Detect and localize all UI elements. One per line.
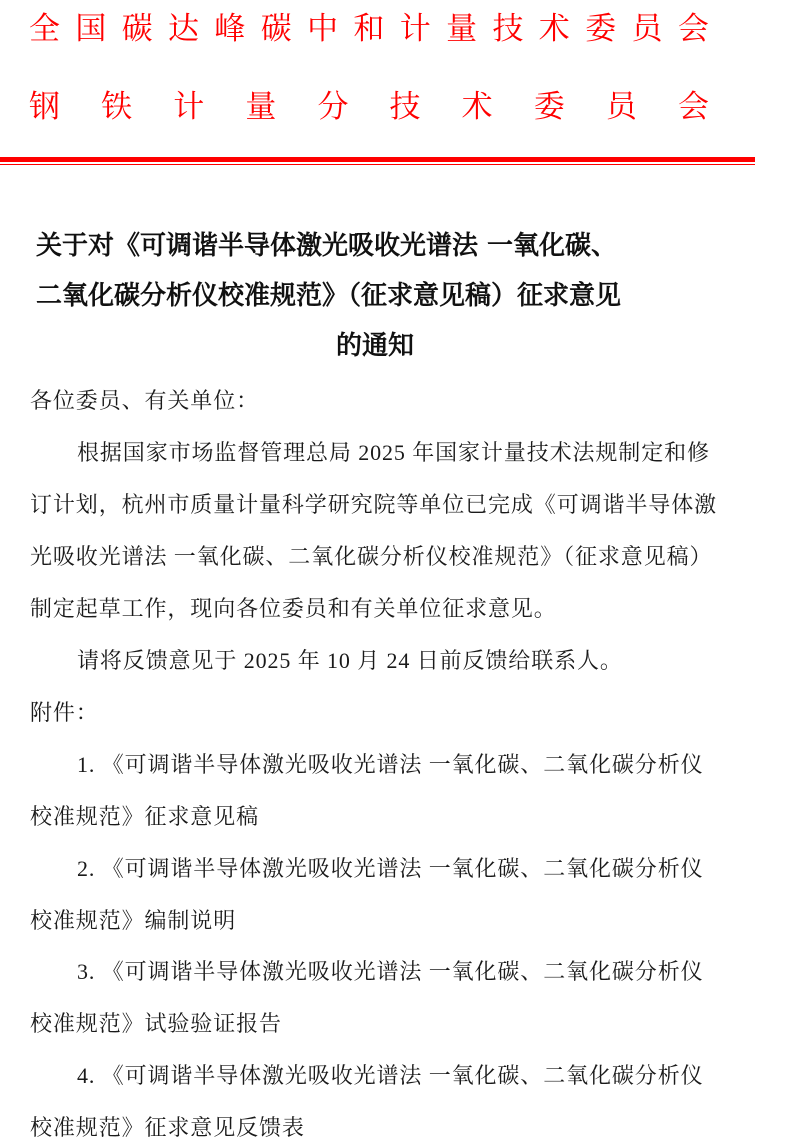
letterhead-char: 技: [390, 89, 421, 125]
attachment-4-line1: 4. 《可调谐半导体激光吸收光谱法 一氧化碳、二氧化碳分析仪: [77, 1062, 704, 1090]
attachment-3-line2: 校准规范》试验验证报告: [30, 1010, 282, 1038]
letterhead-char: 会: [678, 89, 709, 125]
letterhead-char: 量: [446, 11, 477, 47]
letterhead-char: 计: [173, 89, 204, 125]
letterhead-char: 量: [245, 89, 276, 125]
letterhead-divider-thick: [0, 157, 755, 162]
letterhead-char: 国: [75, 11, 106, 47]
letterhead-org-name-line1: 全 国 碳 达 峰 碳 中 和 计 量 技 术 委 员 会: [29, 11, 709, 47]
letterhead-char: 分: [317, 89, 348, 125]
letterhead-char: 委: [534, 89, 565, 125]
letterhead-char: 峰: [214, 11, 245, 47]
document-title-line2: 二氧化碳分析仪校准规范》（征求意见稿）征求意见: [36, 280, 726, 312]
attachment-2-line1: 2. 《可调谐半导体激光吸收光谱法 一氧化碳、二氧化碳分析仪: [77, 855, 704, 883]
paragraph1-line2: 订计划，杭州市质量计量科学研究院等单位已完成《可调谐半导体激: [30, 491, 717, 519]
paragraph1-line4: 制定起草工作，现向各位委员和有关单位征求意见。: [30, 595, 557, 623]
letterhead-divider-thin: [0, 164, 755, 165]
attachments-label: 附件：: [30, 699, 99, 727]
paragraph1-line1: 根据国家市场监督管理总局 2025 年国家计量技术法规制定和修: [77, 439, 710, 467]
attachment-2-line2: 校准规范》编制说明: [30, 907, 236, 935]
letterhead-char: 员: [631, 11, 662, 47]
paragraph1-line3: 光吸收光谱法 一氧化碳、二氧化碳分析仪校准规范》（征求意见稿）: [30, 543, 712, 571]
letterhead-char: 碳: [122, 11, 153, 47]
letterhead-char: 中: [307, 11, 338, 47]
letterhead-char: 铁: [101, 89, 132, 125]
letterhead-char: 碳: [261, 11, 292, 47]
document-title-line1: 关于对《可调谐半导体激光吸收光谱法 一氧化碳、: [36, 230, 726, 262]
letterhead-char: 和: [353, 11, 384, 47]
attachment-4-line2: 校准规范》征求意见反馈表: [30, 1114, 305, 1142]
attachment-3-line1: 3. 《可调谐半导体激光吸收光谱法 一氧化碳、二氧化碳分析仪: [77, 958, 704, 986]
letterhead-org-name-line2: 钢 铁 计 量 分 技 术 委 员 会: [29, 89, 709, 125]
letterhead-char: 达: [168, 11, 199, 47]
letterhead-char: 会: [678, 11, 709, 47]
letterhead-char: 委: [585, 11, 616, 47]
letterhead-char: 员: [606, 89, 637, 125]
attachment-1-line1: 1. 《可调谐半导体激光吸收光谱法 一氧化碳、二氧化碳分析仪: [77, 751, 704, 779]
salutation: 各位委员、有关单位：: [30, 387, 259, 415]
letterhead-char: 术: [462, 89, 493, 125]
letterhead-char: 钢: [29, 89, 60, 125]
letterhead-char: 全: [29, 11, 60, 47]
letterhead-char: 计: [400, 11, 431, 47]
attachment-1-line2: 校准规范》征求意见稿: [30, 803, 259, 831]
letterhead-char: 技: [492, 11, 523, 47]
paragraph2-deadline: 请将反馈意见于 2025 年 10 月 24 日前反馈给联系人。: [77, 647, 623, 675]
letterhead-char: 术: [539, 11, 570, 47]
document-title-line3: 的通知: [0, 330, 750, 362]
